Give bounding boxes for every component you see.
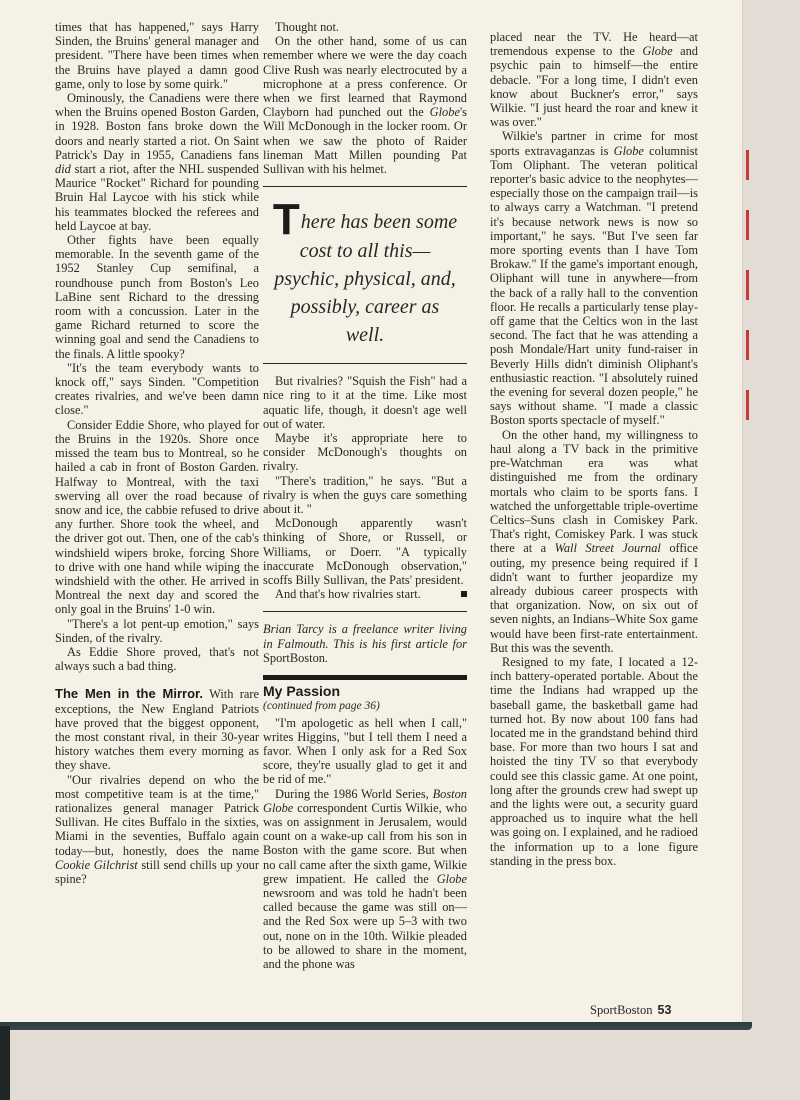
- section-divider: [263, 675, 467, 680]
- printer-color-marks: [746, 150, 750, 450]
- color-mark: [746, 270, 749, 300]
- emphasis: Globe: [642, 44, 672, 58]
- paragraph: Ominously, the Canadiens were there when…: [55, 91, 259, 233]
- text: And that's how rivalries start.: [275, 587, 421, 601]
- paragraph: McDonough apparently wasn't thinking of …: [263, 516, 467, 587]
- color-mark: [746, 330, 749, 360]
- section-title: My Passion: [263, 684, 467, 698]
- column-1: times that has happened," says Harry Sin…: [55, 20, 259, 886]
- drop-cap: T: [273, 203, 300, 237]
- page-number: 53: [658, 1003, 672, 1017]
- color-mark: [746, 210, 749, 240]
- divider: [263, 186, 467, 187]
- paragraph: Consider Eddie Shore, who played for the…: [55, 418, 259, 617]
- text: start a riot, after the NHL suspended Ma…: [55, 162, 259, 233]
- paragraph: "It's the team everybody wants to knock …: [55, 361, 259, 418]
- paragraph: As Eddie Shore proved, that's not always…: [55, 645, 259, 673]
- paragraph: "Our rivalries depend on who the most co…: [55, 773, 259, 887]
- paragraph: "There's tradition," he says. "But a riv…: [263, 474, 467, 517]
- paragraph: The Men in the Mirror. With rare excepti…: [55, 687, 259, 772]
- page-footer: SportBoston53: [590, 1003, 671, 1018]
- text: office outing, my presence being require…: [490, 541, 698, 654]
- author-bio: Brian Tarcy is a freelance writer living…: [263, 622, 467, 665]
- text: During the 1986 World Series,: [275, 787, 433, 801]
- page-edge-shadow: [0, 1022, 752, 1030]
- emphasis: Wall Street Journal: [555, 541, 661, 555]
- paragraph: On the other hand, my willingness to hau…: [490, 428, 698, 655]
- text: columnist Tom Oliphant. The veteran poli…: [490, 144, 698, 428]
- color-mark: [746, 390, 749, 420]
- paragraph: And that's how rivalries start.: [263, 587, 467, 601]
- text: "Our rivalries depend on who the most co…: [55, 773, 259, 858]
- paragraph: Maybe it's appropriate here to consider …: [263, 431, 467, 474]
- section-heading: The Men in the Mirror.: [55, 686, 203, 701]
- text: Ominously, the Canadiens were there when…: [55, 91, 259, 162]
- paragraph: times that has happened," says Harry Sin…: [55, 20, 259, 91]
- paragraph: "I'm apologetic as hell when I call," wr…: [263, 716, 467, 787]
- paragraph: During the 1986 World Series, Boston Glo…: [263, 787, 467, 972]
- magazine-page: times that has happened," says Harry Sin…: [0, 0, 743, 1030]
- text: newsroom and was told he hadn't been cal…: [263, 886, 467, 971]
- paragraph: Resigned to my fate, I located a 12-inch…: [490, 655, 698, 868]
- pull-quote: There has been some cost to all this—psy…: [263, 197, 467, 353]
- text: Brian Tarcy is a freelance writer living…: [263, 622, 467, 650]
- emphasis: did: [55, 162, 71, 176]
- paragraph: placed near the TV. He heard—at tremendo…: [490, 30, 698, 129]
- column-3: placed near the TV. He heard—at tremendo…: [490, 30, 698, 868]
- divider: [263, 611, 467, 612]
- emphasis: Globe: [430, 105, 460, 119]
- paragraph: "There's a lot pent-up emotion," says Si…: [55, 617, 259, 645]
- publication-name: SportBoston: [263, 651, 325, 665]
- emphasis: Globe: [614, 144, 644, 158]
- column-2: Thought not. On the other hand, some of …: [263, 20, 467, 971]
- pull-quote-text: here has been some cost to all this—psyc…: [274, 211, 457, 346]
- text: On the other hand, my willingness to hau…: [490, 428, 698, 556]
- emphasis: Cookie Gilchrist: [55, 858, 138, 872]
- divider: [263, 363, 467, 364]
- continued-note: (continued from page 36): [263, 699, 467, 713]
- paragraph: On the other hand, some of us can rememb…: [263, 34, 467, 176]
- paragraph: But rivalries? "Squish the Fish" had a n…: [263, 374, 467, 431]
- paragraph: Thought not.: [263, 20, 467, 34]
- color-mark: [746, 150, 749, 180]
- emphasis: Globe: [437, 872, 467, 886]
- text: .: [325, 651, 328, 665]
- binding-edge: [0, 1026, 10, 1100]
- publication-name: SportBoston: [590, 1003, 653, 1017]
- paragraph: Wilkie's partner in crime for most sport…: [490, 129, 698, 427]
- end-of-article-mark: [461, 591, 467, 597]
- paragraph: Other fights have been equally memorable…: [55, 233, 259, 361]
